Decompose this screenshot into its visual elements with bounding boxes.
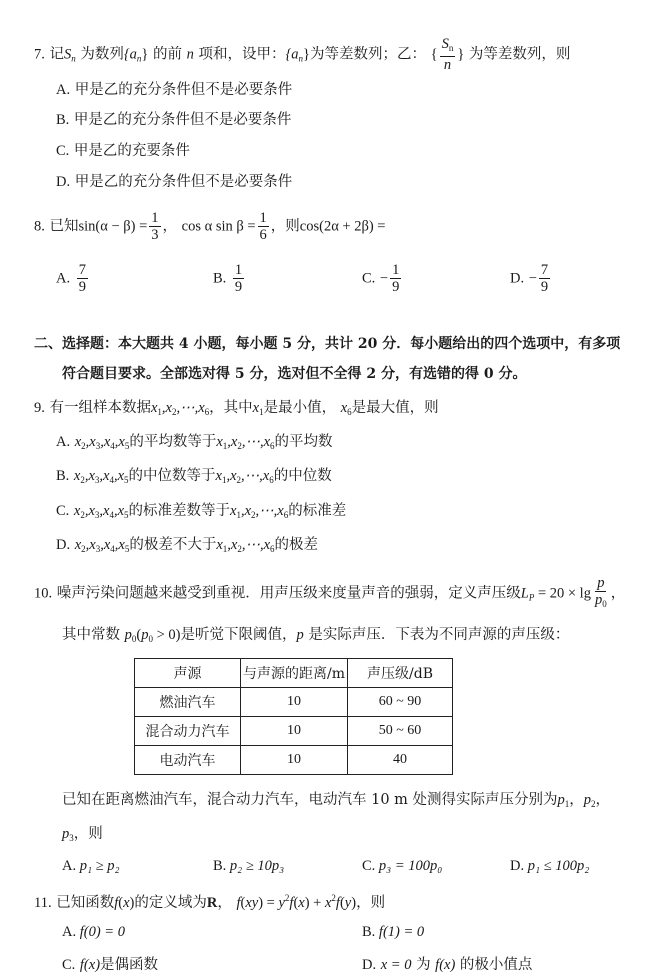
option-label: B. bbox=[213, 858, 226, 874]
option-label: B. bbox=[56, 112, 69, 128]
text: 记 bbox=[49, 47, 64, 63]
table-header: 声压级/dB bbox=[348, 659, 453, 688]
math: p0(p0 > 0) bbox=[125, 627, 181, 643]
option-label: A. bbox=[62, 858, 76, 874]
option-text: 的极差不大于 bbox=[129, 537, 216, 553]
math: n bbox=[442, 57, 453, 73]
option-text: p₂ ≥ 10p₃ bbox=[230, 858, 284, 874]
option-text: 甲是乙的充分条件但不是必要条件 bbox=[75, 174, 293, 190]
denominator: 9 bbox=[77, 279, 88, 295]
math: f(x) bbox=[435, 957, 455, 973]
text: 已知在距离燃油汽车，混合动力汽车，电动汽车 10 m 处测得实际声压分别为 bbox=[62, 792, 558, 808]
denominator: 9 bbox=[233, 279, 244, 295]
text: 为等差数列；乙： bbox=[310, 47, 426, 63]
fraction: 19 bbox=[233, 262, 244, 295]
option-8d: D. −79 bbox=[510, 262, 552, 295]
text: 有一组样本数据 bbox=[49, 400, 151, 416]
math: cos α sin β = bbox=[182, 219, 256, 235]
option-7a: A. 甲是乙的充分条件但不是必要条件 bbox=[56, 80, 292, 100]
option-text: 甲是乙的充要条件 bbox=[74, 143, 190, 159]
text: ，则 bbox=[74, 826, 103, 842]
option-text: p₃ = 100p₀ bbox=[379, 858, 442, 874]
option-label: B. bbox=[56, 468, 69, 484]
option-label: A. bbox=[56, 82, 70, 98]
option-text: 的标准差数等于 bbox=[129, 503, 231, 519]
text: 的前 bbox=[153, 47, 182, 63]
option-text: 的标准差 bbox=[288, 503, 346, 519]
option-7c: C. 甲是乙的充要条件 bbox=[56, 141, 190, 161]
table-row: 混合动力汽车 10 50 ~ 60 bbox=[135, 717, 453, 746]
question-8-stem: 8. 已知sin(α − β) =13， cos α sin β =16，则co… bbox=[34, 210, 386, 243]
math: x2,x3,x4,x5 bbox=[75, 537, 130, 553]
option-text: 是偶函数 bbox=[100, 957, 158, 973]
question-10-line2: 其中常数 p0(p0 > 0)是听觉下限阈值，p 是实际声压．下表为不同声源的声… bbox=[62, 625, 569, 649]
table-cell: 混合动力汽车 bbox=[135, 717, 241, 746]
text: 项和，设甲： bbox=[198, 47, 285, 63]
fraction: 13 bbox=[149, 210, 160, 243]
math: } bbox=[457, 47, 464, 63]
text: 已知函数 bbox=[56, 895, 114, 911]
option-label: C. bbox=[362, 858, 375, 874]
question-number: 7. bbox=[34, 47, 45, 63]
math: f(x) bbox=[80, 957, 100, 973]
option-10a: A. p₁ ≥ p₂ bbox=[62, 856, 120, 876]
math: {a bbox=[285, 47, 298, 63]
table-cell: 50 ~ 60 bbox=[348, 717, 453, 746]
option-label: D. bbox=[56, 174, 70, 190]
math: x1,x2,⋯,x6 bbox=[216, 537, 274, 553]
question-7-stem: 7. 记Sn 为数列{an} 的前 n 项和，设甲：{an}为等差数列；乙： {… bbox=[34, 36, 570, 73]
table-cell: 10 bbox=[241, 688, 348, 717]
option-8b: B. 19 bbox=[213, 262, 246, 295]
option-text: 的中位数等于 bbox=[129, 468, 216, 484]
option-label: A. bbox=[62, 924, 76, 940]
section-heading-line2: 符合题目要求。全部选对得 5 分，选对但不全得 2 分，有选错的得 0 分。 bbox=[62, 364, 526, 384]
denominator: 6 bbox=[258, 227, 269, 243]
sign: − bbox=[529, 271, 537, 287]
table-header-row: 声源 与声源的距离/m 声压级/dB bbox=[135, 659, 453, 688]
option-text: 甲是乙的充分条件但不是必要条件 bbox=[74, 112, 292, 128]
math: n bbox=[187, 47, 194, 63]
table-cell: 10 bbox=[241, 717, 348, 746]
fraction: 79 bbox=[77, 262, 88, 295]
math-x1: x1 bbox=[253, 400, 264, 416]
table-cell: 60 ~ 90 bbox=[348, 688, 453, 717]
option-text: p₁ ≤ 100p₂ bbox=[528, 858, 590, 874]
option-8a: A. 79 bbox=[56, 262, 90, 295]
option-11b: B. f(1) = 0 bbox=[362, 922, 424, 942]
option-label: C. bbox=[62, 957, 75, 973]
question-11-stem: 11. 已知函数f(x)的定义域为R， f(xy) = y2f(x) + x2f… bbox=[34, 888, 385, 913]
text: 是听觉下限阈值， bbox=[180, 627, 296, 643]
text: 为数列 bbox=[80, 47, 124, 63]
numerator: 7 bbox=[539, 262, 550, 279]
denominator: 9 bbox=[539, 279, 550, 295]
option-11a: A. f(0) = 0 bbox=[62, 922, 125, 942]
text: ， bbox=[217, 895, 232, 911]
option-text: 甲是乙的充分条件但不是必要条件 bbox=[75, 82, 293, 98]
math: x2,x3,x4,x5 bbox=[75, 434, 130, 450]
option-text: f(1) = 0 bbox=[379, 924, 424, 940]
option-label: C. bbox=[362, 271, 375, 287]
text: 其中常数 bbox=[62, 627, 120, 643]
math: L bbox=[521, 586, 529, 602]
option-label: C. bbox=[56, 503, 69, 519]
option-text: 的极差 bbox=[275, 537, 319, 553]
numerator: 1 bbox=[233, 262, 244, 279]
fraction: 16 bbox=[258, 210, 269, 243]
denominator: 3 bbox=[149, 227, 160, 243]
math-R: R bbox=[207, 895, 217, 911]
option-text: 的极小值点 bbox=[460, 957, 533, 973]
sound-source-table: 声源 与声源的距离/m 声压级/dB 燃油汽车 10 60 ~ 90 混合动力汽… bbox=[134, 658, 453, 775]
text: 是实际声压．下表为不同声源的声压级： bbox=[308, 627, 569, 643]
option-text: 为 bbox=[416, 957, 431, 973]
math-functional-equation: f(xy) = y2f(x) + x2f(y) bbox=[236, 895, 356, 911]
option-9d: D. x2,x3,x4,x5的极差不大于x1,x2,⋯,x6的极差 bbox=[56, 535, 318, 559]
denominator: 9 bbox=[390, 279, 401, 295]
math-sub: n bbox=[449, 43, 454, 53]
text: ，其中 bbox=[209, 400, 253, 416]
table-cell: 10 bbox=[241, 746, 348, 775]
option-10c: C. p₃ = 100p₀ bbox=[362, 856, 442, 876]
option-11d: D. x = 0 为 f(x) 的极小值点 bbox=[362, 955, 532, 975]
math: f(x) bbox=[114, 895, 134, 911]
sign: − bbox=[380, 271, 388, 287]
option-label: D. bbox=[510, 858, 524, 874]
option-label: B. bbox=[213, 271, 226, 287]
table-header: 声源 bbox=[135, 659, 241, 688]
math: cos(2α + 2β) = bbox=[300, 219, 386, 235]
fraction: pp0 bbox=[593, 575, 609, 612]
math: p bbox=[296, 627, 303, 643]
text: ， bbox=[611, 586, 626, 602]
math: {a bbox=[124, 47, 137, 63]
table-cell: 电动汽车 bbox=[135, 746, 241, 775]
option-label: D. bbox=[56, 537, 70, 553]
table-cell: 燃油汽车 bbox=[135, 688, 241, 717]
math: S bbox=[442, 36, 449, 52]
option-10d: D. p₁ ≤ 100p₂ bbox=[510, 856, 589, 876]
option-text: 的平均数等于 bbox=[129, 434, 216, 450]
math: } bbox=[303, 47, 310, 63]
option-text: 的平均数 bbox=[275, 434, 333, 450]
math: x2,x3,x4,x5 bbox=[74, 503, 129, 519]
question-number: 10. bbox=[34, 586, 52, 602]
text: 是最小值， bbox=[264, 400, 337, 416]
math: sin(α − β) = bbox=[78, 219, 147, 235]
numerator: 1 bbox=[149, 210, 160, 227]
table-header: 与声源的距离/m bbox=[241, 659, 348, 688]
option-7d: D. 甲是乙的充分条件但不是必要条件 bbox=[56, 172, 292, 192]
table-cell: 40 bbox=[348, 746, 453, 775]
option-9a: A. x2,x3,x4,x5的平均数等于x1,x2,⋯,x6的平均数 bbox=[56, 432, 333, 456]
text: ，则 bbox=[271, 219, 300, 235]
question-10-line3: 已知在距离燃油汽车，混合动力汽车，电动汽车 10 m 处测得实际声压分别为p1，… bbox=[62, 790, 610, 814]
math: p1 bbox=[558, 792, 570, 808]
text: 的定义域为 bbox=[134, 895, 207, 911]
math-sub: n bbox=[71, 54, 76, 64]
numerator: 1 bbox=[390, 262, 401, 279]
math-x1-to-x6: x1,x2,⋯,x6 bbox=[151, 400, 209, 416]
text: 是最大值，则 bbox=[352, 400, 439, 416]
option-10b: B. p₂ ≥ 10p₃ bbox=[213, 856, 284, 876]
question-number: 9. bbox=[34, 400, 45, 416]
math: p3 bbox=[62, 826, 74, 842]
fraction: Snn bbox=[440, 36, 456, 73]
math: p2 bbox=[584, 792, 596, 808]
math-x6: x6 bbox=[341, 400, 352, 416]
section-heading-line1: 二、选择题：本大题共 4 小题，每小题 5 分，共计 20 分．每小题给出的四个… bbox=[34, 334, 620, 354]
option-9c: C. x2,x3,x4,x5的标准差数等于x1,x2,⋯,x6的标准差 bbox=[56, 501, 346, 525]
option-label: B. bbox=[362, 924, 375, 940]
table-row: 燃油汽车 10 60 ~ 90 bbox=[135, 688, 453, 717]
fraction: 19 bbox=[390, 262, 401, 295]
fraction: 79 bbox=[539, 262, 550, 295]
text: 噪声污染问题越来越受到重视．用声压级来度量声音的强弱，定义声压级 bbox=[57, 586, 521, 602]
math: { bbox=[431, 47, 438, 63]
math: x = 0 bbox=[381, 957, 412, 973]
option-label: A. bbox=[56, 434, 70, 450]
numerator: 7 bbox=[77, 262, 88, 279]
math: } bbox=[141, 47, 148, 63]
option-9b: B. x2,x3,x4,x5的中位数等于x1,x2,⋯,x6的中位数 bbox=[56, 466, 332, 490]
text: ， bbox=[163, 219, 178, 235]
option-11c: C. f(x)是偶函数 bbox=[62, 955, 158, 975]
math-sub: 0 bbox=[602, 599, 607, 609]
text: ，则 bbox=[356, 895, 385, 911]
option-text: f(0) = 0 bbox=[80, 924, 125, 940]
math: = 20 × lg bbox=[534, 586, 591, 602]
option-text: p₁ ≥ p₂ bbox=[80, 858, 120, 874]
math: x1,x2,⋯,x6 bbox=[216, 468, 274, 484]
option-label: C. bbox=[56, 143, 69, 159]
question-10-line4: p3，则 bbox=[62, 824, 103, 848]
option-7b: B. 甲是乙的充分条件但不是必要条件 bbox=[56, 110, 291, 130]
question-number: 11. bbox=[34, 895, 52, 911]
numerator: p bbox=[595, 575, 606, 592]
question-9-stem: 9. 有一组样本数据x1,x2,⋯,x6，其中x1是最小值， x6是最大值，则 bbox=[34, 398, 439, 422]
math: x2,x3,x4,x5 bbox=[74, 468, 129, 484]
option-label: D. bbox=[510, 271, 524, 287]
table-row: 电动汽车 10 40 bbox=[135, 746, 453, 775]
question-number: 8. bbox=[34, 219, 45, 235]
option-text: 的中位数 bbox=[274, 468, 332, 484]
option-label: D. bbox=[362, 957, 376, 973]
math: x1,x2,⋯,x6 bbox=[230, 503, 288, 519]
math: x1,x2,⋯,x6 bbox=[216, 434, 274, 450]
numerator: 1 bbox=[258, 210, 269, 227]
text: 为等差数列，则 bbox=[469, 47, 571, 63]
text: 已知 bbox=[49, 219, 78, 235]
question-10-stem: 10. 噪声污染问题越来越受到重视．用声压级来度量声音的强弱，定义声压级LP =… bbox=[34, 575, 625, 612]
option-label: A. bbox=[56, 271, 70, 287]
option-8c: C. −19 bbox=[362, 262, 403, 295]
